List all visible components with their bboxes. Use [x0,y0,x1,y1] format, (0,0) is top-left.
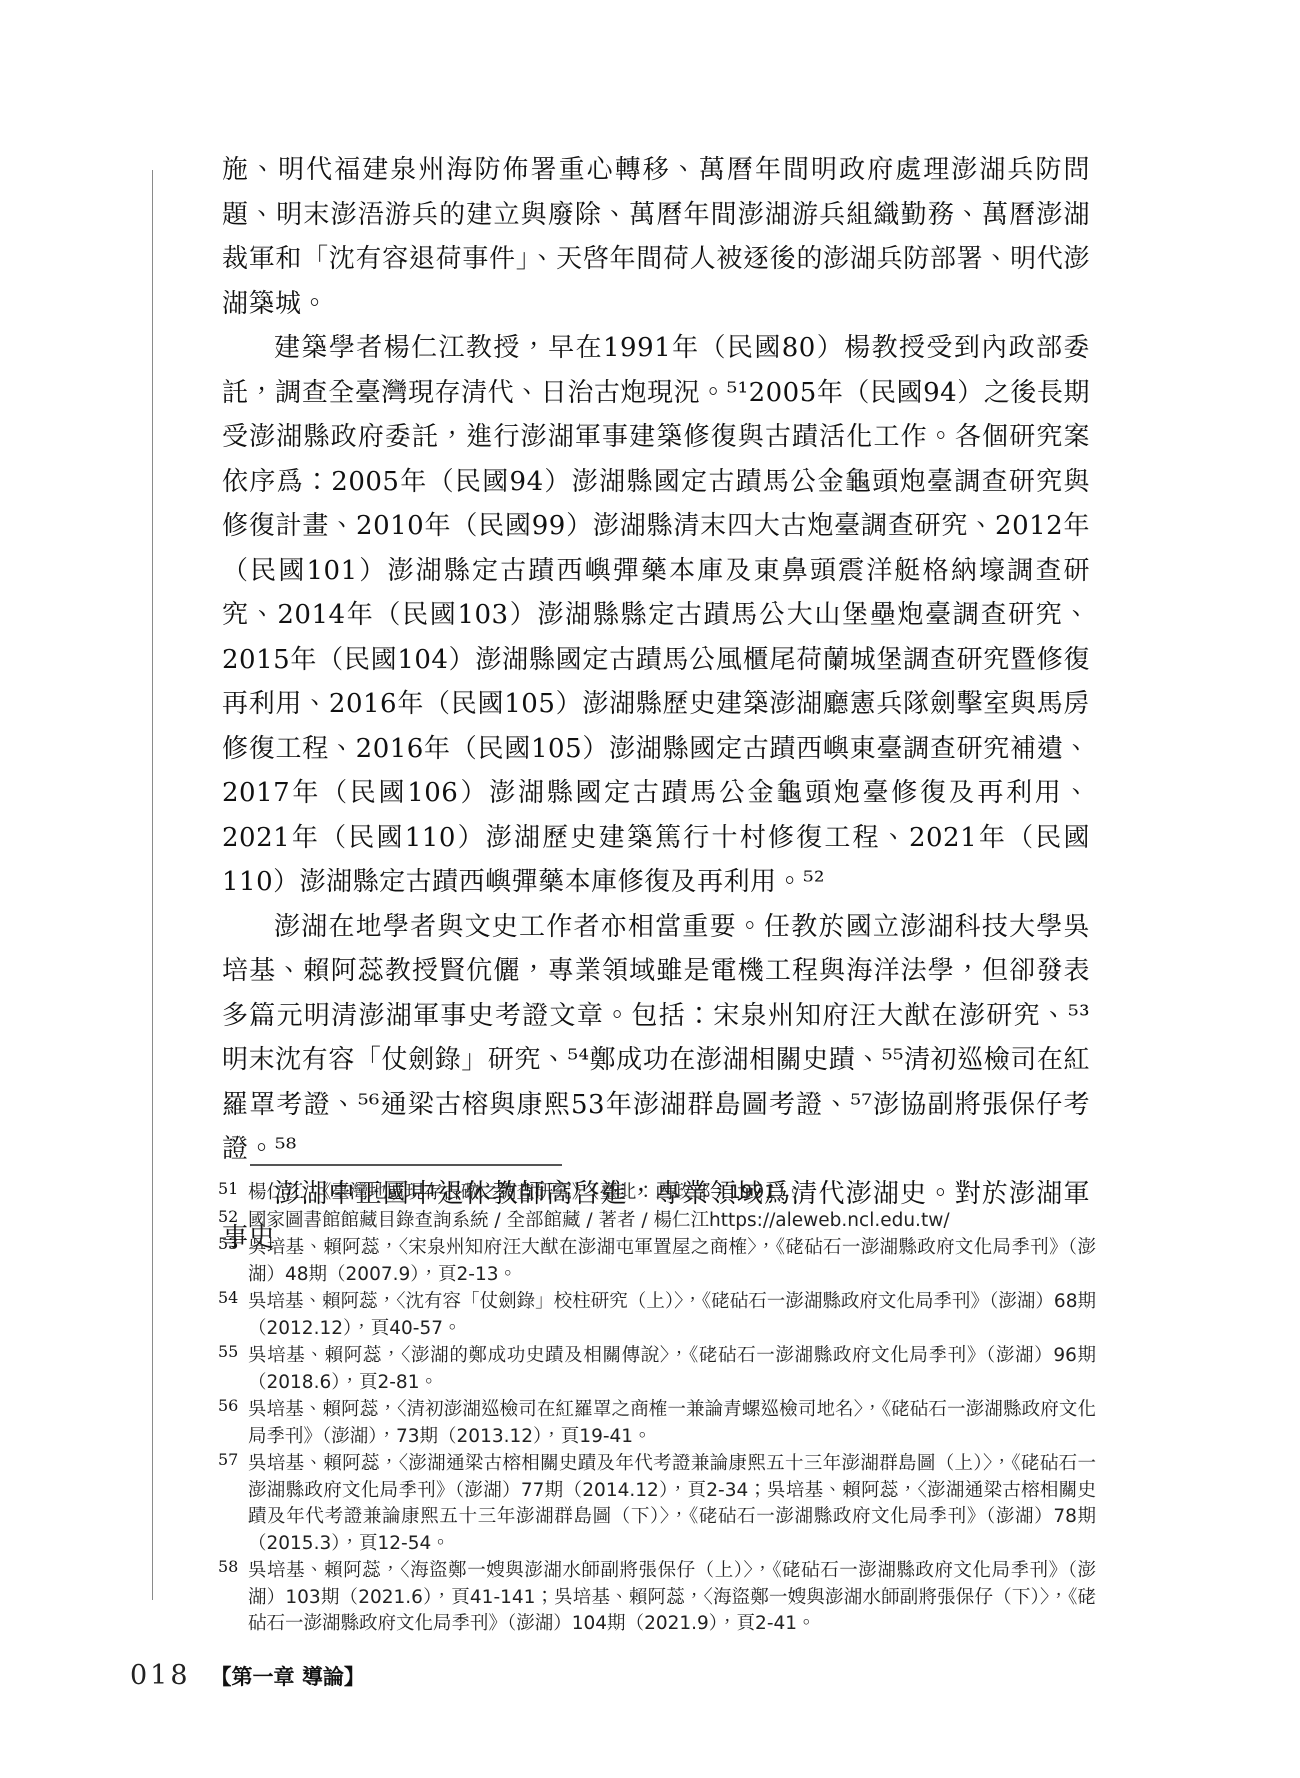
footnote-number: 57 [218,1447,238,1474]
footnote-text: 吳培基、賴阿蕊，〈澎湖的鄭成功史蹟及相關傳說〉，《硓砧石一澎湖縣政府文化局季刊》… [248,1345,1096,1393]
body-text-column: 施、明代福建泉州海防佈署重心轉移、萬曆年間明政府處理澎湖兵防問題、明末澎浯游兵的… [222,148,1090,1261]
footnote-text: 吳培基、賴阿蕊，〈清初澎湖巡檢司在紅羅罩之商榷一兼論青螺巡檢司地名〉，《硓砧石一… [248,1399,1096,1447]
body-paragraph: 澎湖在地學者與文史工作者亦相當重要。任教於國立澎湖科技大學吳培基、賴阿蕊教授賢伉… [222,905,1090,1172]
footnote-53: 53 吳培基、賴阿蕊，〈宋泉州知府汪大猷在澎湖屯軍置屋之商榷〉，《硓砧石一澎湖縣… [218,1235,1096,1288]
footnote-number: 51 [218,1176,238,1203]
footnote-text: 楊仁江，《臺灣地區現存古礮之調查研究》（臺北：內政部，1991）。 [248,1182,804,1203]
footnote-52: 52 國家圖書館館藏目錄查詢系統 / 全部館藏 / 著者 / 楊仁江https:… [218,1208,1096,1235]
footnote-text: 吳培基、賴阿蕊，〈宋泉州知府汪大猷在澎湖屯軍置屋之商榷〉，《硓砧石一澎湖縣政府文… [248,1237,1096,1285]
footnote-51: 51 楊仁江，《臺灣地區現存古礮之調查研究》（臺北：內政部，1991）。 [218,1180,1096,1207]
footnote-54: 54 吳培基、賴阿蕊，〈沈有容「仗劍錄」校柱研究（上）〉，《硓砧石一澎湖縣政府文… [218,1289,1096,1342]
body-paragraph: 建築學者楊仁江教授，早在1991年（民國80）楊教授受到內政部委託，調查全臺灣現… [222,326,1090,905]
footnote-number: 58 [218,1554,238,1581]
book-page: 施、明代福建泉州海防佈署重心轉移、萬曆年間明政府處理澎湖兵防問題、明末澎浯游兵的… [0,0,1300,1778]
footnote-text: 吳培基、賴阿蕊，〈海盜鄭一嫂與澎湖水師副將張保仔（上）〉，《硓砧石一澎湖縣政府文… [248,1560,1096,1634]
footnote-text: 國家圖書館館藏目錄查詢系統 / 全部館藏 / 著者 / 楊仁江https://a… [248,1210,950,1231]
footnote-number: 52 [218,1204,238,1231]
footnote-58: 58 吳培基、賴阿蕊，〈海盜鄭一嫂與澎湖水師副將張保仔（上）〉，《硓砧石一澎湖縣… [218,1558,1096,1638]
left-margin-rule [152,170,153,1600]
chapter-label: 【第一章 導論】 [211,1661,365,1691]
footnote-number: 55 [218,1339,238,1366]
page-number: 018 [130,1660,191,1691]
page-footer: 018 【第一章 導論】 [130,1660,365,1691]
footnote-56: 56 吳培基、賴阿蕊，〈清初澎湖巡檢司在紅羅罩之商榷一兼論青螺巡檢司地名〉，《硓… [218,1397,1096,1450]
footnote-55: 55 吳培基、賴阿蕊，〈澎湖的鄭成功史蹟及相關傳說〉，《硓砧石一澎湖縣政府文化局… [218,1343,1096,1396]
footnote-number: 56 [218,1393,238,1420]
body-paragraph: 施、明代福建泉州海防佈署重心轉移、萬曆年間明政府處理澎湖兵防問題、明末澎浯游兵的… [222,148,1090,326]
footnote-number: 54 [218,1285,238,1312]
footnote-text: 吳培基、賴阿蕊，〈沈有容「仗劍錄」校柱研究（上）〉，《硓砧石一澎湖縣政府文化局季… [248,1291,1096,1339]
footnote-number: 53 [218,1231,238,1258]
footnotes-section: 51 楊仁江，《臺灣地區現存古礮之調查研究》（臺北：內政部，1991）。 52 … [218,1180,1096,1639]
footnote-57: 57 吳培基、賴阿蕊，〈澎湖通梁古榕相關史蹟及年代考證兼論康熙五十三年澎湖群島圖… [218,1451,1096,1557]
footnote-text: 吳培基、賴阿蕊，〈澎湖通梁古榕相關史蹟及年代考證兼論康熙五十三年澎湖群島圖（上）… [248,1453,1096,1554]
footnote-separator-rule [250,1164,562,1166]
